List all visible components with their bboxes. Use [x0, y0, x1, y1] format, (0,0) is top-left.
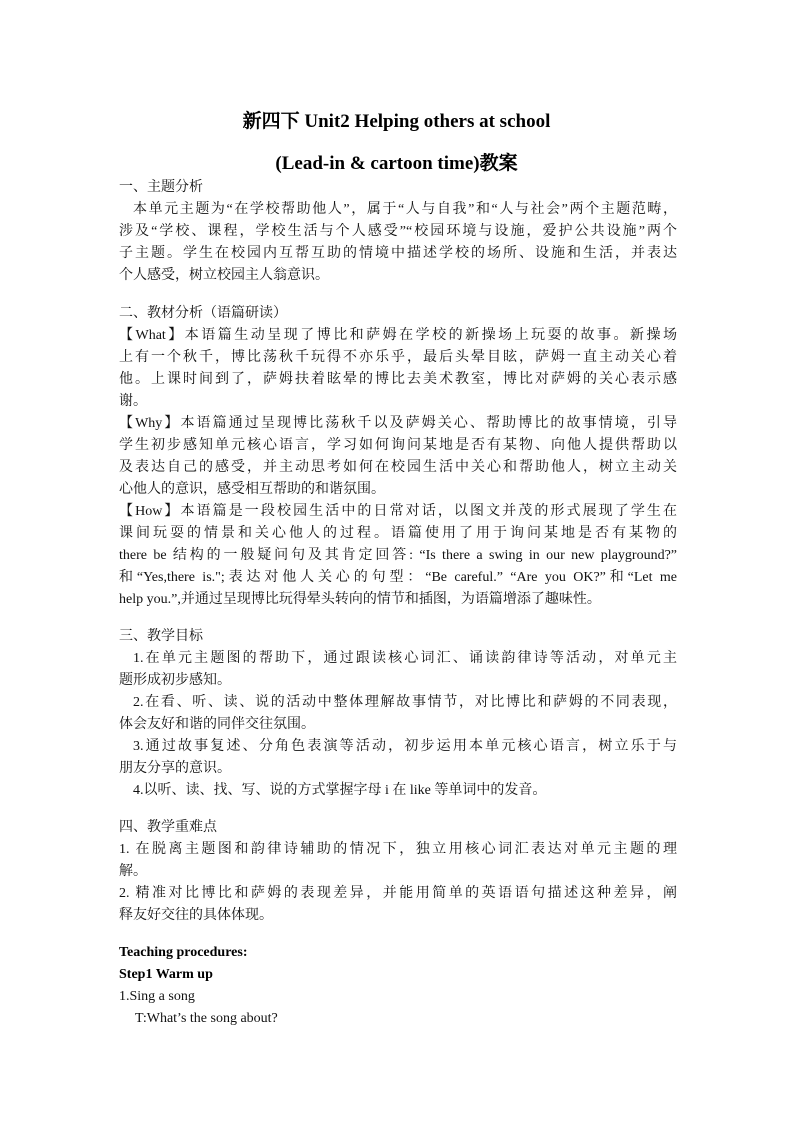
document-subtitle: (Lead-in & cartoon time)教案 — [0, 148, 793, 175]
what-paragraph-line: 谢。 — [119, 391, 147, 413]
procedure-question: T:What’s the song about? — [135, 1008, 278, 1030]
paragraph-line: 个人感受，树立校园主人翁意识。 — [119, 265, 329, 287]
objective-line: 体会友好和谐的同伴交往氛围。 — [119, 714, 315, 736]
how-paragraph-line: 【How】本语篇是一段校园生活中的日常对话，以图文并茂的形式展现了学生在 — [119, 501, 677, 523]
why-paragraph-line: 心他人的意识，感受相互帮助的和谐氛围。 — [119, 479, 385, 501]
what-paragraph-line: 【What】本语篇生动呈现了博比和萨姆在学校的新操场上玩耍的故事。新操场 — [119, 325, 677, 347]
why-paragraph-line: 及表达自己的感受，并主动思考如何在校园生活中关心和帮助他人，树立主动关 — [119, 457, 677, 479]
section-heading-key-difficult-points: 四、教学重难点 — [119, 817, 217, 839]
key-point-line: 2. 精准对比博比和萨姆的表现差异，并能用简单的英语语句描述这种差异，阐 — [119, 883, 677, 905]
how-paragraph-line: 课间玩耍的情景和关心他人的过程。语篇使用了用于询问某地是否有某物的 — [119, 523, 677, 545]
objective-line: 朋友分享的意识。 — [119, 758, 231, 780]
paragraph-line: 子主题。学生在校园内互帮互助的情境中描述学校的场所、设施和生活，并表达 — [119, 243, 677, 265]
objective-line: 题形成初步感知。 — [119, 670, 231, 692]
objective-line: 4.以听、读、找、写、说的方式掌握字母 i 在 like 等单词中的发音。 — [133, 780, 546, 802]
procedure-item: 1.Sing a song — [119, 986, 195, 1008]
paragraph-line: 本单元主题为“在学校帮助他人”，属于“人与自我”和“人与社会”两个主题范畴， — [133, 199, 677, 221]
paragraph-line: 涉及“学校、课程，学校生活与个人感受”“校园环境与设施，爱护公共设施”两个 — [119, 221, 677, 243]
objective-line: 3.通过故事复述、分角色表演等活动，初步运用本单元核心语言，树立乐于与 — [133, 736, 677, 758]
section-heading-theme-analysis: 一、主题分析 — [119, 177, 203, 199]
document-page: 新四下 Unit2 Helping others at school (Lead… — [0, 0, 793, 1122]
what-paragraph-line: 上有一个秋千，博比荡秋千玩得不亦乐乎，最后头晕目眩，萨姆一直主动关心着 — [119, 347, 677, 369]
step1-heading: Step1 Warm up — [119, 964, 213, 986]
key-point-line: 解。 — [119, 861, 147, 883]
why-paragraph-line: 【Why】本语篇通过呈现博比荡秋千以及萨姆关心、帮助博比的故事情境，引导 — [119, 413, 677, 435]
procedures-heading: Teaching procedures: — [119, 942, 247, 964]
key-point-line: 释友好交往的具体体现。 — [119, 905, 273, 927]
section-heading-teaching-objectives: 三、教学目标 — [119, 626, 203, 648]
what-paragraph-line: 他。上课时间到了，萨姆扶着眩晕的博比去美术教室，博比对萨姆的关心表示感 — [119, 369, 677, 391]
document-title: 新四下 Unit2 Helping others at school — [0, 106, 793, 133]
key-point-line: 1. 在脱离主题图和韵律诗辅助的情况下，独立用核心词汇表达对单元主题的理 — [119, 839, 677, 861]
section-heading-material-analysis: 二、教材分析（语篇研读） — [119, 303, 287, 325]
objective-line: 1.在单元主题图的帮助下，通过跟读核心词汇、诵读韵律诗等活动，对单元主 — [133, 648, 677, 670]
how-paragraph-line: 和“Yes,there is.";表达对他人关心的句型：“Be careful.… — [119, 567, 677, 589]
objective-line: 2.在看、听、读、说的活动中整体理解故事情节，对比博比和萨姆的不同表现， — [133, 692, 677, 714]
how-paragraph-line: help you.”,并通过呈现博比玩得晕头转向的情节和插图，为语篇增添了趣味性… — [119, 589, 601, 611]
how-paragraph-line: there be 结构的一般疑问句及其肯定回答: “Is there a swi… — [119, 545, 677, 567]
why-paragraph-line: 学生初步感知单元核心语言，学习如何询问某地是否有某物、向他人提供帮助以 — [119, 435, 677, 457]
